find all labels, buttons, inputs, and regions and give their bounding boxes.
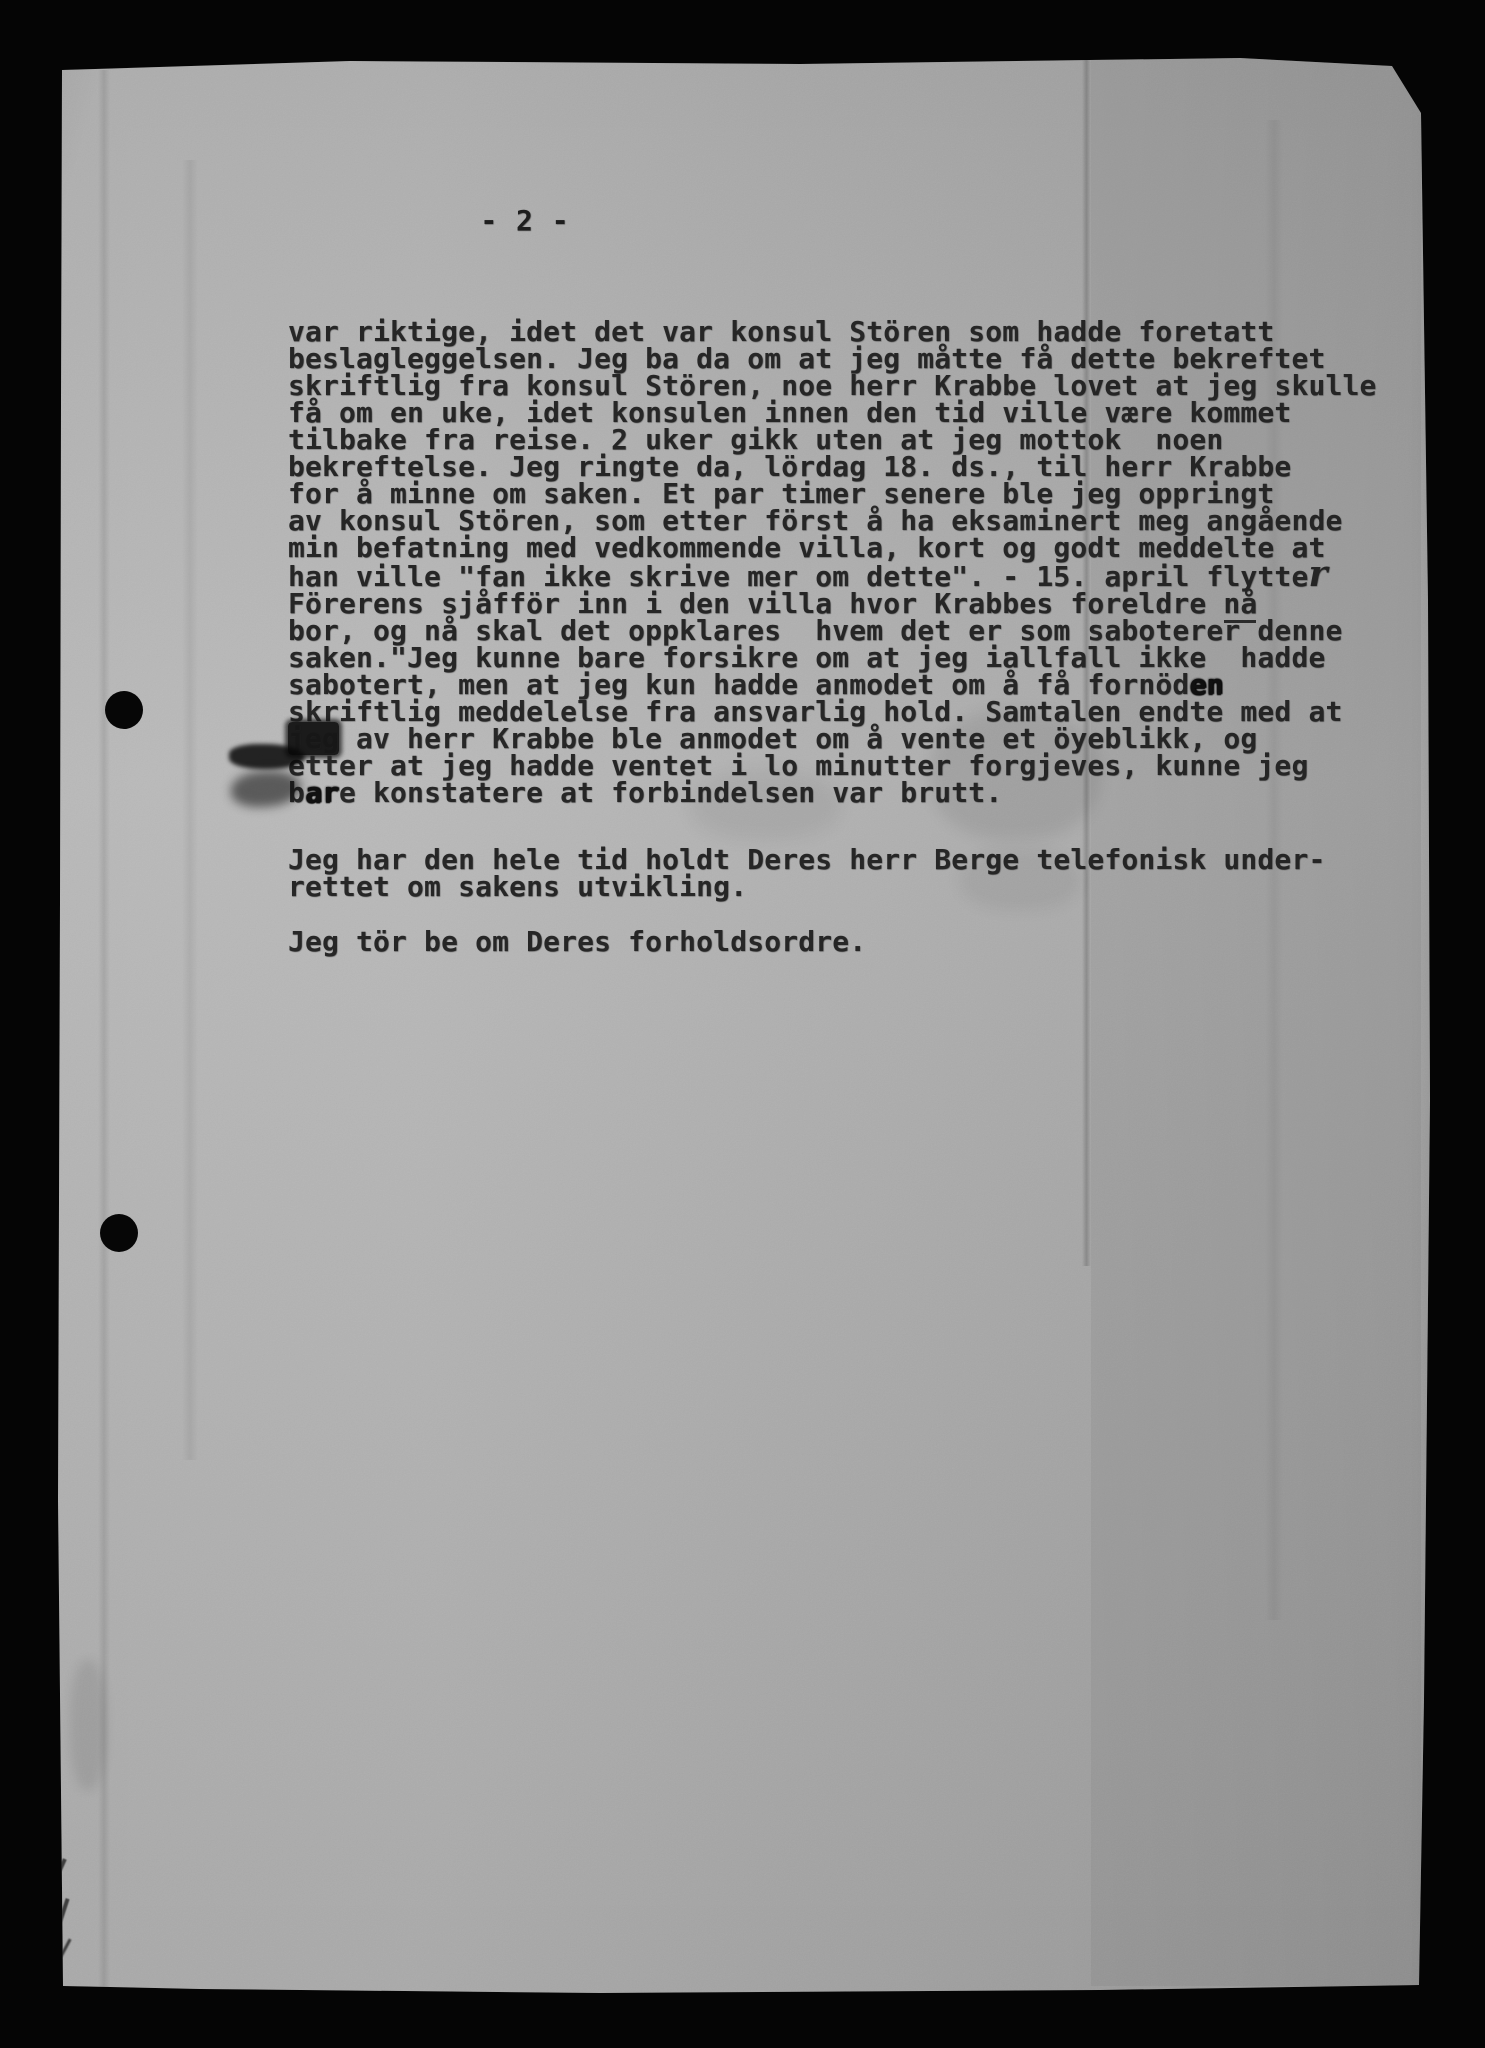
typewritten-line: beslagleggelsen. Jeg ba da om at jeg måt… <box>288 345 1428 372</box>
typewritten-line: av konsul Stören, som etter först å ha e… <box>288 507 1428 534</box>
text-segment-hand: r <box>1308 553 1327 595</box>
body-paragraph-2: Jeg har den hele tid holdt Deres herr Be… <box>288 846 1428 900</box>
paper-sheet: - 2 - var riktige, idet det var konsul S… <box>0 0 1485 2048</box>
typewritten-line: bare konstatere at forbindelsen var brut… <box>288 779 1428 806</box>
page-number: - 2 - <box>0 204 1050 237</box>
typewritten-line: etter at jeg hadde ventet i lo minutter … <box>288 752 1428 779</box>
typewritten-line: tilbake fra reise. 2 uker gikk uten at j… <box>288 426 1428 453</box>
body-paragraph-3: Jeg tör be om Deres forholdsordre. <box>288 928 1428 955</box>
typewritten-line: sabotert, men at jeg kun hadde anmodet o… <box>288 671 1428 698</box>
pencil-mark <box>56 1898 69 1928</box>
typewritten-line: skriftlig fra konsul Stören, noe herr Kr… <box>288 372 1428 399</box>
typewritten-line: jeg av herr Krabbe ble anmodet om å vent… <box>288 725 1428 752</box>
punch-hole-bottom <box>100 1214 138 1252</box>
typewritten-line: skriftlig meddelelse fra ansvarlig hold.… <box>288 698 1428 725</box>
text-segment: e konstatere at forbindelsen var brutt. <box>339 776 1002 809</box>
text-segment-overstrike: ar <box>305 776 339 809</box>
typewritten-line: få om en uke, idet konsulen innen den ti… <box>288 399 1428 426</box>
pencil-mark <box>59 1938 71 1957</box>
typewritten-line: Jeg tör be om Deres forholdsordre. <box>288 928 1428 955</box>
typewritten-line: bor, og nå skal det oppklares hvem det e… <box>288 617 1428 644</box>
typewritten-line: for å minne om saken. Et par timer sener… <box>288 480 1428 507</box>
typewritten-line: rettet om sakens utvikling. <box>288 873 1428 900</box>
body-paragraph-1: var riktige, idet det var konsul Stören … <box>288 318 1428 806</box>
typewritten-line: Jeg har den hele tid holdt Deres herr Be… <box>288 846 1428 873</box>
text-segment: b <box>288 776 305 809</box>
punch-hole-top <box>105 691 143 729</box>
text-segment: Jeg tör be om Deres forholdsordre. <box>288 925 866 958</box>
text-segment: rettet om sakens utvikling. <box>288 870 747 903</box>
paper-crease <box>98 70 110 1988</box>
typewritten-line: min befatning med vedkommende villa, kor… <box>288 534 1428 561</box>
letter-body: var riktige, idet det var konsul Stören … <box>288 318 1428 983</box>
scanned-document-page: - 2 - var riktige, idet det var konsul S… <box>0 0 1485 2048</box>
paper-texture <box>0 0 1485 2048</box>
typewritten-line: bekreftelse. Jeg ringte da, lördag 18. d… <box>288 453 1428 480</box>
typewritten-line: han ville "fan ikke skrive mer om dette"… <box>288 561 1428 590</box>
edge-smudge <box>70 1660 106 1790</box>
typewritten-line: var riktige, idet det var konsul Stören … <box>288 318 1428 345</box>
paper-crease <box>182 160 198 1460</box>
typewritten-line: Förerens sjåfför inn i den villa hvor Kr… <box>288 590 1428 617</box>
typewritten-line: saken."Jeg kunne bare forsikre om at jeg… <box>288 644 1428 671</box>
pencil-mark <box>53 1858 66 1882</box>
